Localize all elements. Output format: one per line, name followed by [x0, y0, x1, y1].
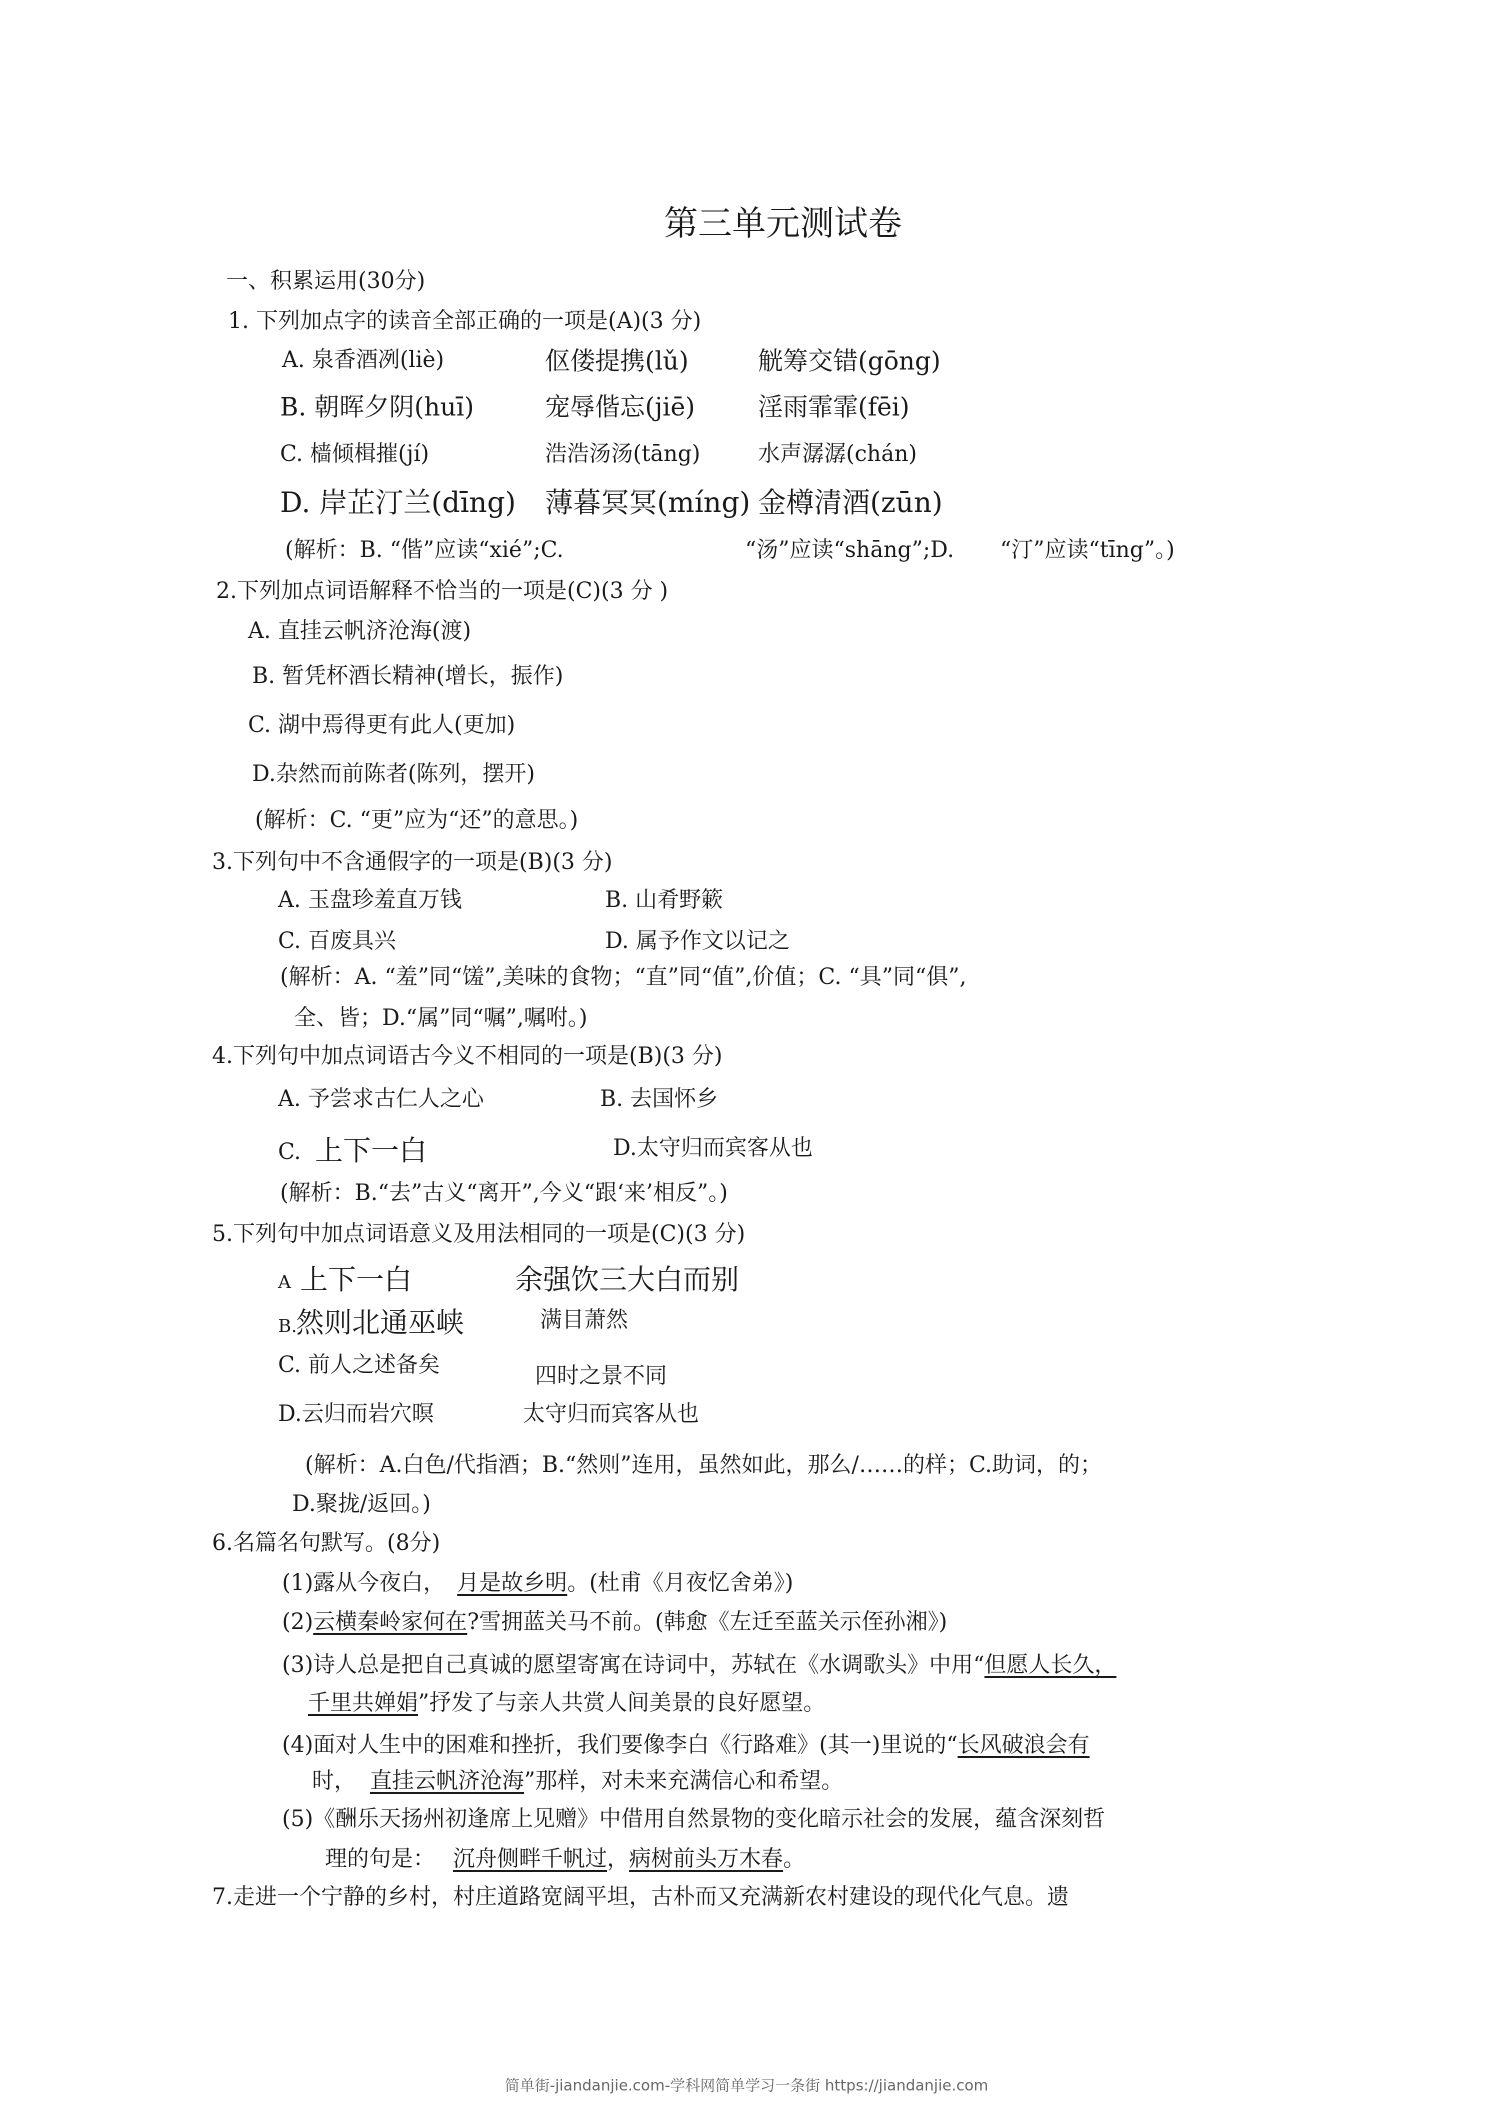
q6-item-5-prompt-2: 理的句是： — [325, 1847, 435, 1872]
q6-item-2-source: ?雪拥蓝关马不前。(韩愈《左迁至蓝关示侄孙湘》) — [467, 1610, 947, 1635]
q5-option-c-1: C. 前人之述备矣 — [278, 1355, 440, 1377]
q3-option-a: A. 玉盘珍羞直万钱 — [278, 890, 462, 912]
q5-option-a-2: 余强饮三大白而别 — [515, 1266, 739, 1294]
q6-item-3-line-1: (3)诗人总是把自己真诚的愿望寄寓在诗词中，苏轼在《水调歌头》中用“但愿人长久， — [282, 1655, 1116, 1677]
q4-option-c-text: 上下一白 — [315, 1137, 427, 1165]
q6-item-4-answer-1: 长风破浪会有 — [958, 1733, 1090, 1758]
q3-option-d: D. 属予作文以记之 — [605, 931, 790, 953]
q4-option-a: A. 予尝求古仁人之心 — [278, 1089, 484, 1111]
q1-option-a-3: 觥筹交错(gōng) — [758, 349, 941, 374]
q6-item-5-end: 。 — [783, 1847, 805, 1872]
q2-option-b: B. 暂凭杯酒长精神(增长，振作) — [252, 666, 563, 688]
q4-option-d: D.太守归而宾客从也 — [613, 1138, 813, 1160]
question-5-stem: 5.下列句中加点词语意义及用法相同的一项是(C)(3 分) — [212, 1224, 745, 1246]
q6-item-5-answer-2: 病树前头万木春 — [629, 1847, 783, 1872]
q3-option-b: B. 山肴野簌 — [605, 890, 723, 912]
q5-analysis-2: D.聚拢/返回。) — [292, 1494, 431, 1516]
question-1-stem: 1. 下列加点字的读音全部正确的一项是(A)(3 分) — [228, 311, 701, 333]
q1-option-d-2: 薄暮冥冥(míng) — [545, 489, 750, 517]
q6-item-4-prompt-2: 时， — [312, 1769, 356, 1794]
q3-analysis-1: (解析：A. “羞”同“馐”,美味的食物；“直”同“值”,价值；C. “具”同“… — [280, 967, 966, 989]
question-2-stem: 2.下列加点词语解释不恰当的一项是(C)(3 分 ) — [216, 581, 668, 603]
q6-item-1-source: 。(杜甫《月夜忆舍弟》) — [567, 1571, 793, 1596]
q6-item-2: (2)云横秦岭家何在?雪拥蓝关马不前。(韩愈《左迁至蓝关示侄孙湘》) — [282, 1612, 947, 1634]
q6-item-4-line-2: 时，直挂云帆济沧海”那样，对未来充满信心和希望。 — [312, 1771, 843, 1793]
q5-option-c-2: 四时之景不同 — [535, 1366, 667, 1388]
q4-analysis: (解析：B.“去”古义“离开”,今义“跟‘来’相反”。) — [280, 1183, 728, 1205]
q6-item-3-rest: ”抒发了与亲人共赏人间美景的良好愿望。 — [418, 1691, 825, 1716]
q6-item-3-answer-1: 但愿人长久， — [984, 1653, 1116, 1678]
question-7-stem: 7.走进一个宁静的乡村，村庄道路宽阔平坦，古朴而又充满新农村建设的现代化气息。遗 — [212, 1887, 1069, 1909]
q1-option-a-1: A. 泉香酒冽(liè) — [282, 350, 444, 372]
q1-option-b-3: 淫雨霏霏(fēi) — [758, 395, 910, 420]
q6-item-4-prompt: (4)面对人生中的困难和挫折，我们要像李白《行路难》(其一)里说的“ — [282, 1733, 958, 1758]
q6-item-5-sep: ， — [607, 1847, 629, 1872]
q1-analysis-1: (解析：B. “偕”应读“xié”;C. — [285, 540, 564, 562]
q2-option-a: A. 直挂云帆济沧海(渡) — [248, 621, 471, 643]
q6-item-4-answer-2: 直挂云帆济沧海 — [370, 1769, 524, 1794]
q1-option-a-2: 伛偻提携(lǔ) — [545, 349, 689, 374]
q6-item-5-answer-1: 沉舟侧畔千帆过 — [453, 1847, 607, 1872]
q5-option-b-label: B. — [278, 1318, 297, 1336]
question-3-stem: 3.下列句中不含通假字的一项是(B)(3 分) — [212, 852, 612, 874]
q1-analysis-2: “汤”应读“shāng”;D. — [745, 540, 954, 562]
question-4-stem: 4.下列句中加点词语古今义不相同的一项是(B)(3 分) — [212, 1046, 722, 1068]
q6-item-3-line-2: 千里共婵娟”抒发了与亲人共赏人间美景的良好愿望。 — [308, 1693, 825, 1715]
q6-item-4-rest: ”那样，对未来充满信心和希望。 — [524, 1769, 843, 1794]
q6-item-3-prompt: (3)诗人总是把自己真诚的愿望寄寓在诗词中，苏轼在《水调歌头》中用“ — [282, 1653, 984, 1678]
q1-option-b-2: 宠辱偕忘(jiē) — [545, 395, 695, 420]
q5-option-b-1: 然则北通巫峡 — [296, 1309, 464, 1337]
q2-option-d: D.杂然而前陈者(陈列，摆开) — [252, 764, 535, 786]
q6-item-5-line-2: 理的句是：沉舟侧畔千帆过，病树前头万木春。 — [325, 1849, 805, 1871]
q2-analysis: (解析：C. “更”应为“还”的意思。) — [255, 810, 578, 832]
q4-option-c-label: C. — [278, 1142, 301, 1164]
q6-item-1-prompt: (1)露从今夜白， — [282, 1571, 445, 1596]
q4-option-b: B. 去国怀乡 — [600, 1089, 718, 1111]
q5-option-b-2: 满目萧然 — [540, 1310, 628, 1332]
q6-item-2-prompt: (2) — [282, 1610, 313, 1635]
question-6-stem: 6.名篇名句默写。(8分) — [212, 1533, 440, 1555]
q1-option-d-3: 金樽清酒(zūn) — [758, 489, 943, 517]
page-title: 第三单元测试卷 — [664, 207, 902, 241]
q6-item-2-answer: 云横秦岭家何在 — [313, 1610, 467, 1635]
q1-option-c-1: C. 樯倾楫摧(jí) — [280, 444, 429, 466]
q5-option-a-1: 上下一白 — [300, 1266, 412, 1294]
q5-analysis-1: (解析：A.白色/代指酒；B.“然则”连用，虽然如此，那么/……的样；C.助词，… — [305, 1455, 1102, 1477]
footer-watermark: 简单街-jiandanjie.com-学科网简单学习一条街 https://ji… — [0, 2079, 1493, 2094]
q1-analysis-3: “汀”应读“tīng”。) — [1000, 540, 1175, 562]
q1-option-d-1: D. 岸芷汀兰(dīng) — [280, 489, 516, 517]
q1-option-b-1: B. 朝晖夕阴(huī) — [280, 395, 474, 420]
q6-item-1-answer: 月是故乡明 — [457, 1571, 567, 1596]
q5-option-d-1: D.云归而岩穴暝 — [278, 1404, 434, 1426]
q3-option-c: C. 百废具兴 — [278, 931, 396, 953]
q6-item-4-line-1: (4)面对人生中的困难和挫折，我们要像李白《行路难》(其一)里说的“长风破浪会有 — [282, 1735, 1090, 1757]
q1-option-c-2: 浩浩汤汤(tāng) — [545, 444, 700, 466]
q6-item-3-answer-2: 千里共婵娟 — [308, 1691, 418, 1716]
q5-option-d-2: 太守归而宾客从也 — [523, 1404, 699, 1426]
q2-option-c: C. 湖中焉得更有此人(更加) — [248, 715, 515, 737]
q6-item-5-line-1: (5)《酬乐天扬州初逢席上见赠》中借用自然景物的变化暗示社会的发展，蕴含深刻哲 — [282, 1809, 1105, 1831]
q6-item-1: (1)露从今夜白，月是故乡明。(杜甫《月夜忆舍弟》) — [282, 1573, 793, 1595]
q1-option-c-3: 水声潺潺(chán) — [758, 444, 917, 466]
q5-option-a-label: A — [278, 1274, 291, 1292]
section-heading: 一、积累运用(30分) — [226, 271, 425, 293]
q3-analysis-2: 全、皆；D.“属”同“嘱”,嘱咐。) — [294, 1008, 587, 1030]
